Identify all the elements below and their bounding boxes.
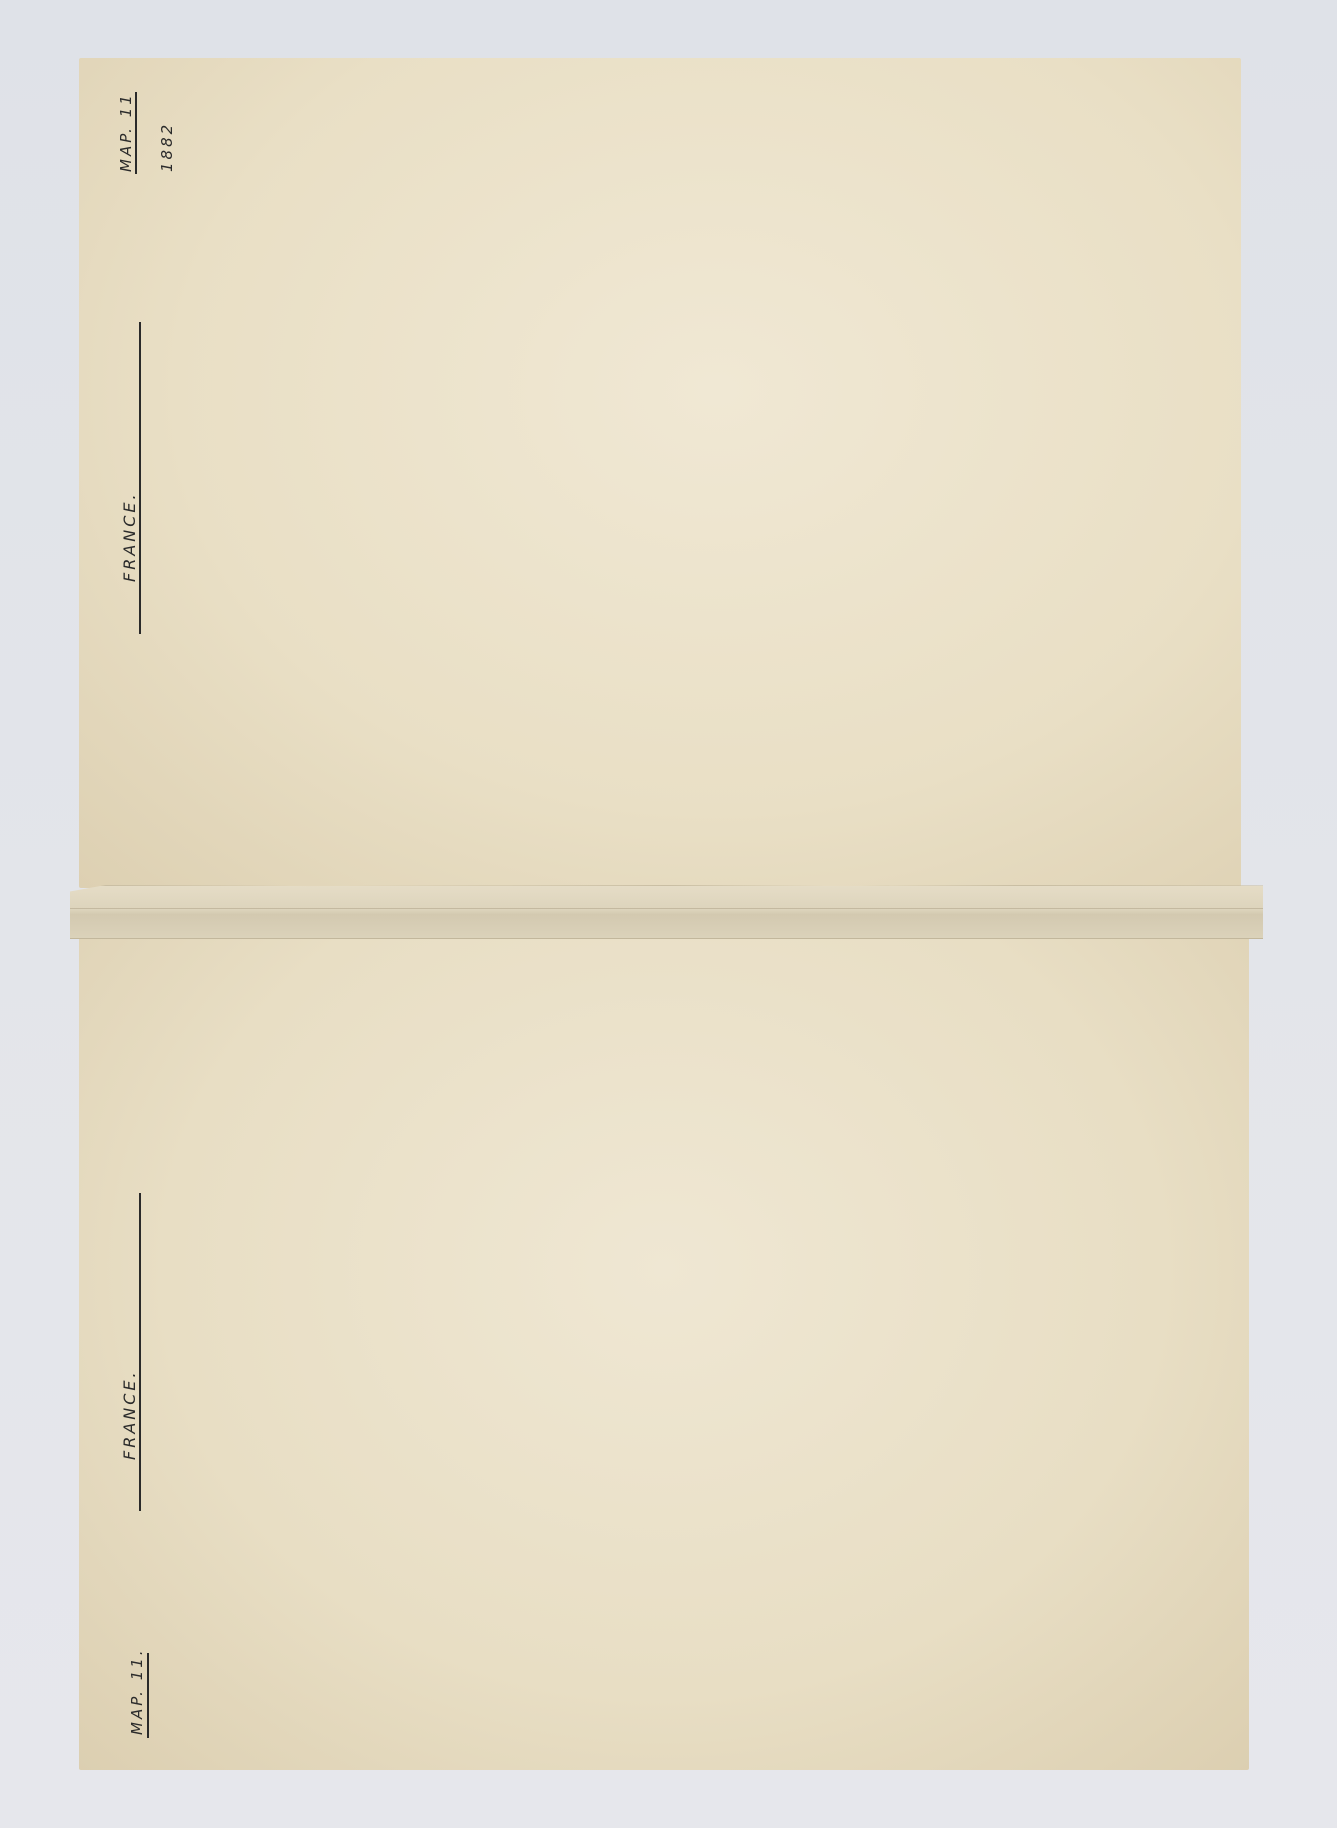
underline-title-bottom (139, 1193, 141, 1511)
underline-map-number-top (135, 92, 137, 174)
map-sheet-lower-half (79, 935, 1249, 1770)
fold-reinforcement-tape (70, 885, 1263, 939)
map-year-label: 1882 (158, 122, 176, 172)
fold-crease (70, 908, 1263, 909)
map-number-label-top: MAP. 11 (117, 92, 135, 172)
map-title-top: FRANCE. (120, 491, 139, 582)
map-sheet-upper-half (79, 58, 1241, 888)
underline-map-number-bottom (147, 1653, 149, 1738)
map-number-label-bottom: MAP. 11. (128, 1647, 146, 1735)
map-title-bottom: FRANCE. (120, 1369, 139, 1460)
underline-title-top (139, 322, 141, 634)
